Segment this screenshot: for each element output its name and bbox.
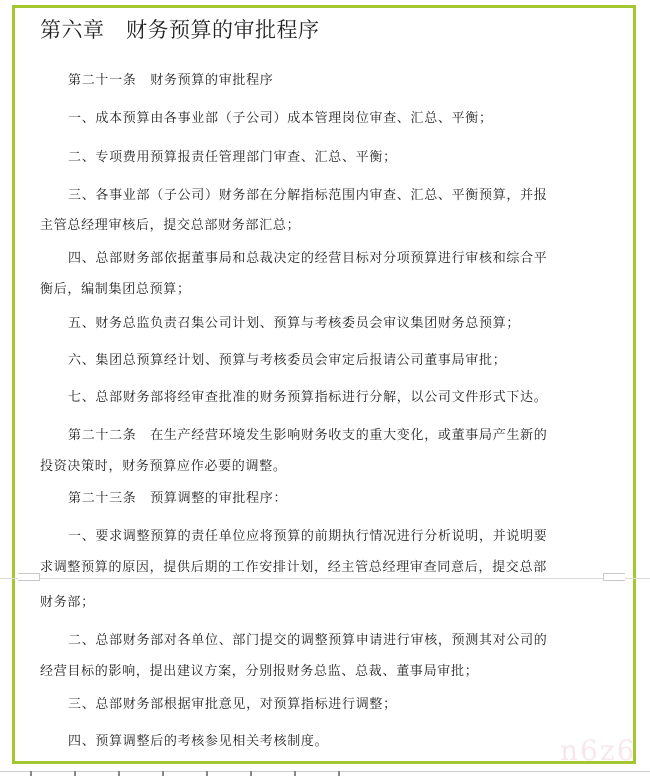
text-line: 五、财务总监负责召集公司计划、预算与考核委员会审议集团财务总预算；	[40, 311, 602, 337]
text-line: 一、成本预算由各事业部（子公司）成本管理岗位审查、汇总、平衡；	[40, 106, 602, 132]
text-line: 二、总部财务部对各单位、部门提交的调整预算申请进行审核，预测其对公司的	[40, 628, 602, 654]
article-22: 第二十二条 在生产经营环境发生影响财务收支的重大变化，或董事局产生新的 投资决策…	[40, 423, 602, 480]
page-break-line	[0, 578, 650, 579]
paragraph-23-2: 二、总部财务部对各单位、部门提交的调整预算申请进行审核，预测其对公司的 经营目标…	[40, 628, 602, 685]
page-break-marker-left	[18, 573, 40, 581]
article-21-heading: 第二十一条 财务预算的审批程序	[40, 68, 602, 94]
text-line: 经营目标的影响，提出建议方案，分别报财务总监、总裁、董事局审批；	[40, 659, 602, 685]
paragraph-23-4: 四、预算调整后的考核参见相关考核制度。	[40, 729, 602, 755]
paragraph-21-2: 二、专项费用预算报责任管理部门审查、汇总、平衡；	[40, 145, 602, 171]
paragraph-21-5: 五、财务总监负责召集公司计划、预算与考核委员会审议集团财务总预算；	[40, 311, 602, 337]
text-line: 三、各事业部（子公司）财务部在分解指标范围内审查、汇总、平衡预算，并报	[40, 183, 602, 209]
watermark: n6z6	[560, 734, 636, 767]
text-line: 一、要求调整预算的责任单位应将预算的前期执行情况进行分析说明，并说明要	[40, 524, 602, 550]
paragraph-23-1: 一、要求调整预算的责任单位应将预算的前期执行情况进行分析说明，并说明要 求调整预…	[40, 524, 602, 581]
article-23-heading: 第二十三条 预算调整的审批程序：	[40, 486, 602, 512]
text-line: 四、总部财务部依据董事局和总裁决定的经营目标对分项预算进行审核和综合平	[40, 246, 602, 272]
text-line: 三、总部财务部根据审批意见，对预算指标进行调整；	[40, 692, 602, 718]
paragraph-21-7: 七、总部财务部将经审查批准的财务预算指标进行分解，以公司文件形式下达。	[40, 385, 602, 411]
text-line: 财务部；	[40, 590, 602, 616]
text-line: 第二十一条 财务预算的审批程序	[40, 68, 602, 94]
paragraph-23-3: 三、总部财务部根据审批意见，对预算指标进行调整；	[40, 692, 602, 718]
text-line: 二、专项费用预算报责任管理部门审查、汇总、平衡；	[40, 145, 602, 171]
text-line: 主管总经理审核后，提交总部财务部汇总；	[40, 213, 602, 239]
chapter-title: 第六章 财务预算的审批程序	[40, 14, 320, 44]
page-break-marker-right	[603, 573, 625, 581]
text-line: 第二十二条 在生产经营环境发生影响财务收支的重大变化，或董事局产生新的	[40, 423, 602, 449]
text-line: 七、总部财务部将经审查批准的财务预算指标进行分解，以公司文件形式下达。	[40, 385, 602, 411]
text-line: 第二十三条 预算调整的审批程序：	[40, 486, 602, 512]
paragraph-21-1: 一、成本预算由各事业部（子公司）成本管理岗位审查、汇总、平衡；	[40, 106, 602, 132]
text-line: 六、集团总预算经计划、预算与考核委员会审定后报请公司董事局审批；	[40, 348, 602, 374]
text-line: 衡后，编制集团总预算；	[40, 277, 602, 303]
paragraph-21-6: 六、集团总预算经计划、预算与考核委员会审定后报请公司董事局审批；	[40, 348, 602, 374]
cut-off-text-fragment	[30, 771, 370, 776]
paragraph-21-4: 四、总部财务部依据董事局和总裁决定的经营目标对分项预算进行审核和综合平 衡后，编…	[40, 246, 602, 303]
paragraph-21-3: 三、各事业部（子公司）财务部在分解指标范围内审查、汇总、平衡预算，并报 主管总经…	[40, 183, 602, 239]
text-line: 四、预算调整后的考核参见相关考核制度。	[40, 729, 602, 755]
paragraph-23-1-continued: 财务部；	[40, 590, 602, 616]
text-line: 投资决策时，财务预算应作必要的调整。	[40, 454, 602, 480]
